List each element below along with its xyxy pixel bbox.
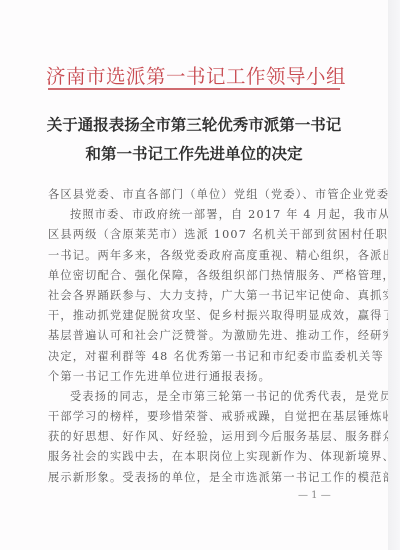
document-title-line-1: 关于通报表扬全市第三轮优秀市派第一书记 xyxy=(40,113,348,135)
red-divider-line xyxy=(48,88,340,90)
body-line: 一书记。两年多来，各级党委政府高度重视、精心组织，各派出 xyxy=(48,246,344,266)
document-page: 济南市选派第一书记工作领导小组 关于通报表扬全市第三轮优秀市派第一书记 和第一书… xyxy=(0,0,388,550)
body-line: 社会各界踊跃参与、大力支持，广大第一书记牢记使命、真抓实 xyxy=(48,286,344,306)
body-line: 受表扬的同志，是全市第三轮第一书记的优秀代表，是党员 xyxy=(48,387,344,407)
body-line: 按照市委、市政府统一部署，自 2017 年 4 月起，我市从市、 xyxy=(48,205,344,225)
body-line: 干部学习的榜样，要珍惜荣誉、戒骄戒躁，自觉把在基层锤炼收 xyxy=(48,407,344,427)
issuer-header: 济南市选派第一书记工作领导小组 xyxy=(46,61,342,89)
body-line: 展示新形象。受表扬的单位，是全市选派第一书记工作的模范部 xyxy=(48,468,344,488)
body-line: 个第一书记工作先进单位进行通报表扬。 xyxy=(48,367,344,387)
body-line: 获的好思想、好作风、好经验，运用到今后服务基层、服务群众、 xyxy=(48,427,344,447)
body-line: 单位密切配合、强化保障，各级组织部门热情服务、严格管理， xyxy=(48,266,344,286)
body-line: 基层普遍认可和社会广泛赞誉。为激励先进、推动工作，经研究 xyxy=(48,326,344,346)
body-line: 决定，对翟利群等 48 名优秀第一书记和市纪委市监委机关等 74 xyxy=(48,347,344,367)
body-line: 各区县党委、市直各部门（单位）党组（党委）、市管企业党委： xyxy=(48,185,344,205)
document-body: 各区县党委、市直各部门（单位）党组（党委）、市管企业党委： 按照市委、市政府统一… xyxy=(48,185,344,488)
body-line: 干，推动抓党建促脱贫攻坚、促乡村振兴取得明显成效，赢得了 xyxy=(48,306,344,326)
body-line: 区县两级（含原莱芜市）选派 1007 名机关干部到贫困村任职第 xyxy=(48,225,344,245)
page-edge-shadow xyxy=(388,0,400,550)
page-number: — 1 — xyxy=(298,490,331,501)
document-title-line-2: 和第一书记工作先进单位的决定 xyxy=(40,142,348,164)
body-line: 服务社会的实践中去，在本职岗位上实现新作为、体现新境界、 xyxy=(48,447,344,467)
